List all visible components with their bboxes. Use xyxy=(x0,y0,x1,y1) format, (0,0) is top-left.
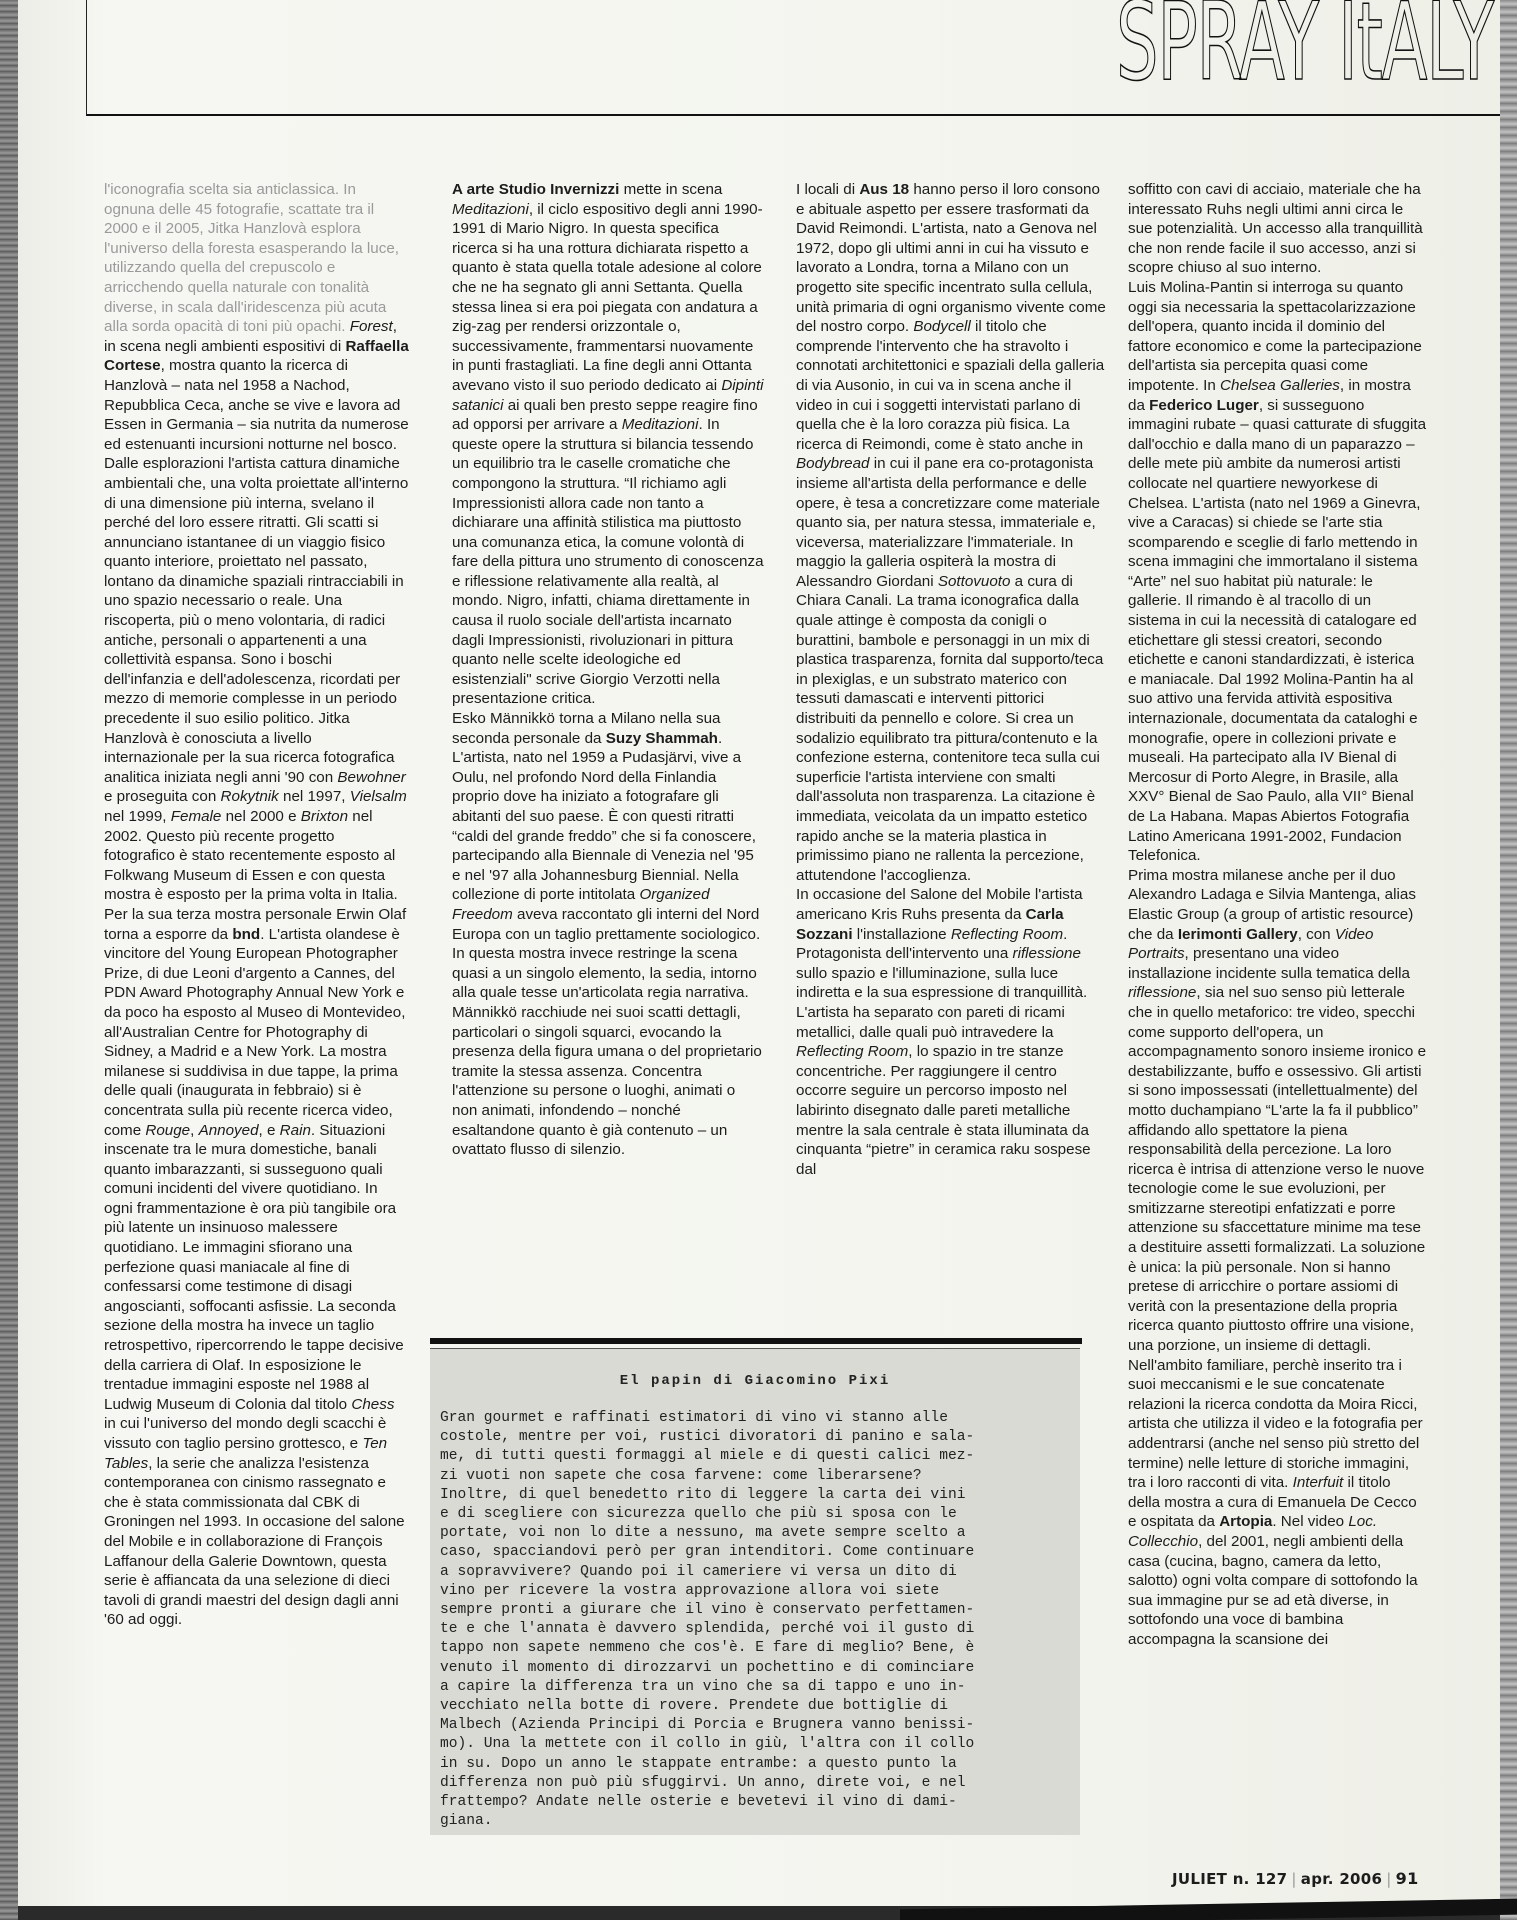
column-1-paragraph-2: Per la sua terza mostra personale Erwin … xyxy=(104,905,409,1630)
text-span: aveva raccontato gli interni del Nord Eu… xyxy=(452,906,762,1158)
italic-title: Chelsea Galleries xyxy=(1220,377,1340,394)
italic-title: Bodybread xyxy=(796,455,869,472)
italic-title: Forest xyxy=(350,318,393,335)
article-column-3: I locali di Aus 18 hanno perso il loro c… xyxy=(796,180,1108,1179)
italic-title: Reflecting Room xyxy=(796,1043,908,1060)
column-3-paragraph-2: In occasione del Salone del Mobile l'art… xyxy=(796,885,1108,1179)
text-span: . L'artista olandese è vincitore del You… xyxy=(104,926,405,1139)
magazine-issue: JULIET n. 127 xyxy=(1172,1870,1287,1888)
page-gutter-shadow xyxy=(0,0,18,1920)
header-box: SPRAY ItALY xyxy=(86,0,1517,116)
article-column-4: soffitto con cavi di acciaio, materiale … xyxy=(1128,180,1426,1650)
text-span: Nell'ambito familiare, perchè inserito t… xyxy=(1128,1357,1423,1492)
text-span: mette in scena xyxy=(619,181,722,198)
text-span: in cui il pane era co-protagonista insie… xyxy=(796,455,1100,590)
page-number: 91 xyxy=(1396,1869,1419,1888)
text-span: , si susseguono immagini rubate – quasi … xyxy=(1128,397,1426,865)
text-span: a cura di Chiara Canali. La trama iconog… xyxy=(796,573,1103,884)
italic-title: Rokytnik xyxy=(221,788,279,805)
text-span: I locali di xyxy=(796,181,859,198)
sidebar-title: El papin di Giacomino Pixi xyxy=(430,1373,1080,1389)
italic-title: riflessione xyxy=(1128,984,1196,1001)
footer-divider: | xyxy=(1291,1870,1296,1888)
text-span: . Nel video xyxy=(1272,1513,1348,1530)
italic-title: riflessione xyxy=(1013,945,1081,962)
gallery-name: Aus 18 xyxy=(859,181,909,198)
text-span: , xyxy=(190,1122,198,1139)
page-footer: JULIET n. 127|apr. 2006|91 xyxy=(1172,1869,1419,1888)
column-2-paragraph-2: Esko Männikkö torna a Milano nella sua s… xyxy=(452,709,764,1160)
text-span: . Situazioni inscenate tra le mura domes… xyxy=(104,1122,404,1413)
italic-title: Rouge xyxy=(145,1122,190,1139)
italic-title: Bodycell xyxy=(913,318,970,335)
text-span: , e xyxy=(259,1122,280,1139)
column-3-paragraph-1: I locali di Aus 18 hanno perso il loro c… xyxy=(796,180,1108,885)
text-span: , con xyxy=(1298,926,1335,943)
column-4-paragraph-3: Prima mostra milanese anche per il duo A… xyxy=(1128,866,1426,1356)
text-span: in cui l'universo del mondo degli scacch… xyxy=(104,1415,386,1452)
text-span: e proseguita con xyxy=(104,788,221,805)
gallery-name: Ierimonti Gallery xyxy=(1178,926,1298,943)
text-span: . L'artista, nato nel 1959 a Pudasjärvi,… xyxy=(452,730,756,904)
column-4-paragraph-1: soffitto con cavi di acciaio, materiale … xyxy=(1128,180,1426,278)
italic-title: Vielsalm xyxy=(350,788,407,805)
text-span: soffitto con cavi di acciaio, materiale … xyxy=(1128,181,1423,276)
text-span: , sia nel suo senso più letterale che in… xyxy=(1128,984,1426,1354)
page-edge-shadow xyxy=(1500,0,1517,1920)
text-span: il titolo che comprende l'intervento che… xyxy=(796,318,1104,453)
italic-title: Meditazioni xyxy=(452,201,529,218)
italic-title: Annoyed xyxy=(199,1122,259,1139)
italic-title: Bewohner xyxy=(337,769,405,786)
text-span: , il ciclo espositivo degli anni 1990-19… xyxy=(452,201,763,394)
article-column-1: l'iconografia scelta sia anticlassica. I… xyxy=(104,180,409,1630)
text-span: nel 2000 e xyxy=(221,808,300,825)
text-span: , mostra quanto la ricerca di Hanzlovà –… xyxy=(104,357,409,785)
gallery-name: Artopia xyxy=(1219,1513,1272,1530)
text-span: l'iconografia scelta sia anticlassica. I… xyxy=(104,181,399,335)
section-title: SPRAY ItALY xyxy=(1116,0,1493,105)
article-column-2: A arte Studio Invernizzi mette in scena … xyxy=(452,180,764,1160)
text-span: . In queste opere la struttura si bilanc… xyxy=(452,416,764,707)
italic-title: Chess xyxy=(351,1396,394,1413)
italic-title: Reflecting Room xyxy=(951,926,1063,943)
sidebar-body: Gran gourmet e raffinati estimatori di v… xyxy=(440,1409,1070,1831)
sidebar-box-background: El papin di Giacomino Pixi Gran gourmet … xyxy=(430,1348,1080,1835)
text-span: l'installazione xyxy=(853,926,951,943)
text-span: nel 1999, xyxy=(104,808,171,825)
column-1-text: l'iconografia scelta sia anticlassica. I… xyxy=(104,180,409,905)
column-4-paragraph-4: Nell'ambito familiare, perchè inserito t… xyxy=(1128,1356,1426,1650)
sidebar-column-box: El papin di Giacomino Pixi Gran gourmet … xyxy=(430,1338,1082,1840)
column-4-paragraph-2: Luis Molina-Pantin si interroga su quant… xyxy=(1128,278,1426,866)
gallery-name: bnd xyxy=(232,926,260,943)
italic-title: Interfuit xyxy=(1293,1474,1344,1491)
text-span: hanno perso il loro consono e abituale a… xyxy=(796,181,1106,335)
text-span: sullo spazio e l'illuminazione, sulla lu… xyxy=(796,965,1087,1041)
text-span: nel 1997, xyxy=(279,788,350,805)
italic-title: Female xyxy=(171,808,222,825)
footer-divider: | xyxy=(1386,1870,1391,1888)
gallery-name: Federico Luger xyxy=(1149,397,1259,414)
magazine-page: SPRAY ItALY l'iconografia scelta sia ant… xyxy=(18,0,1500,1906)
text-span: , lo spazio in tre stanze concentriche. … xyxy=(796,1043,1091,1178)
italic-title: Sottovuoto xyxy=(938,573,1011,590)
issue-date: apr. 2006 xyxy=(1301,1870,1383,1888)
italic-title: Meditazioni xyxy=(622,416,699,433)
gallery-name: Suzy Shammah xyxy=(606,730,718,747)
italic-title: Rain xyxy=(280,1122,311,1139)
column-2-paragraph-1: A arte Studio Invernizzi mette in scena … xyxy=(452,180,764,709)
gallery-name: A arte Studio Invernizzi xyxy=(452,181,619,198)
italic-title: Brixton xyxy=(301,808,348,825)
text-span: , del 2001, negli ambienti della casa (c… xyxy=(1128,1533,1418,1648)
text-span: , la serie che analizza l'esistenza cont… xyxy=(104,1455,405,1629)
